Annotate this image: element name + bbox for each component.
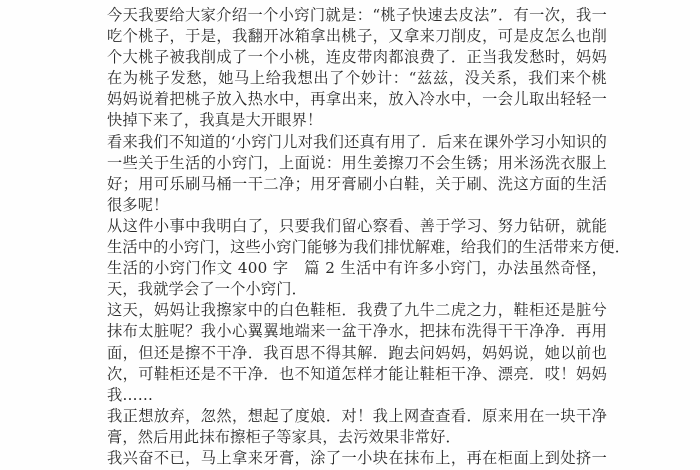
- essay-text: 今天我要给大家介绍一个小窍门就是：“桃子快速去皮法”．有一次，我一个人在家，我想…: [107, 5, 607, 469]
- text-line-1: 今天我要给大家介绍一个小窍门就是：“桃子快速去皮法”．有一次，我一个人在家，我想: [107, 5, 607, 26]
- text-line-6: 快掉下来了，我真是大开眼界！: [107, 110, 607, 131]
- text-line-13: 生活的小窍门作文 400 字 篇 2 生活中有许多小窍门，办法虽然奇怪，但非常实…: [107, 258, 607, 279]
- text-line-21: 膏，然后用此抹布擦柜子等家具，去污效果非常好．: [107, 427, 607, 448]
- text-line-15: 这天，妈妈让我擦家中的白色鞋柜．我费了九牛二虎之力，鞋柜还是脏兮兮的．会不会是: [107, 300, 607, 321]
- text-line-4: 在为桃子发愁，她马上给我想出了个妙计：“兹兹，没关系，我们来个桃子快速去皮法！”: [107, 68, 607, 89]
- text-line-5: 妈妈说着把桃子放入热水中，再拿出来，放入冷水中，一会儿取出轻轻一撕，桃子皮就很: [107, 89, 607, 110]
- text-line-8: 一些关于生活的小窍门，上面说：用生姜擦刀不会生锈；用米汤洗衣服上的墨水，又快又: [107, 153, 607, 174]
- text-line-9: 好；用可乐刷马桶一干二净；用牙膏刷小白鞋，关于刷、洗这方面的生活小妙招还有很多: [107, 174, 607, 195]
- text-line-7: 看来我们不知道的‘小窍门儿对我们还真有用了．后来在课外学习小知识的时候，又看到了: [107, 132, 607, 153]
- text-line-10: 很多呢！: [107, 195, 607, 216]
- text-line-2: 吃个桃子，于是，我翻开冰箱拿出桃子，又拿来刀削皮，可是皮怎么也削不好，最后，一: [107, 26, 607, 47]
- text-line-19: 我……: [107, 385, 607, 406]
- text-line-20: 我正想放弃，忽然，想起了度娘．对！我上网查查看．原来用在一块干净的抹布挤上牙: [107, 406, 607, 427]
- text-line-22: 我兴奋不已，马上拿来牙膏，涂了一小块在抹布上，再在柜面上到处挤一点点牙膏，然: [107, 448, 607, 469]
- text-line-12: 生活中的小窍门，这些小窍门能够为我们排忧解难，给我们的生活带来方便．: [107, 237, 607, 258]
- text-line-3: 个大桃子被我削成了一个小桃，连皮带肉都浪费了．正当我发愁时，妈妈回来了．一看我: [107, 47, 607, 68]
- text-line-16: 抹布太脏呢？我小心翼翼地端来一盆干净水，把抹布洗得干干净净．再用抹布使劲地擦柜: [107, 321, 607, 342]
- text-line-17: 面，但还是擦不干净．我百思不得其解．跑去问妈妈，妈妈说，她以前也把鞋柜擦了很多: [107, 343, 607, 364]
- text-line-18: 次，可鞋柜还是不干净．也不知道怎样才能让鞋柜干净、漂亮．哎！妈妈都擦不干净，那: [107, 364, 607, 385]
- document-page: 今天我要给大家介绍一个小窍门就是：“桃子快速去皮法”．有一次，我一个人在家，我想…: [0, 0, 700, 470]
- text-line-14: 天，我就学会了一个小窍门．: [107, 279, 607, 300]
- text-line-11: 从这件小事中我明白了，只要我们留心察看、善于学习、努力钻研，就能知道并发现很多: [107, 216, 607, 237]
